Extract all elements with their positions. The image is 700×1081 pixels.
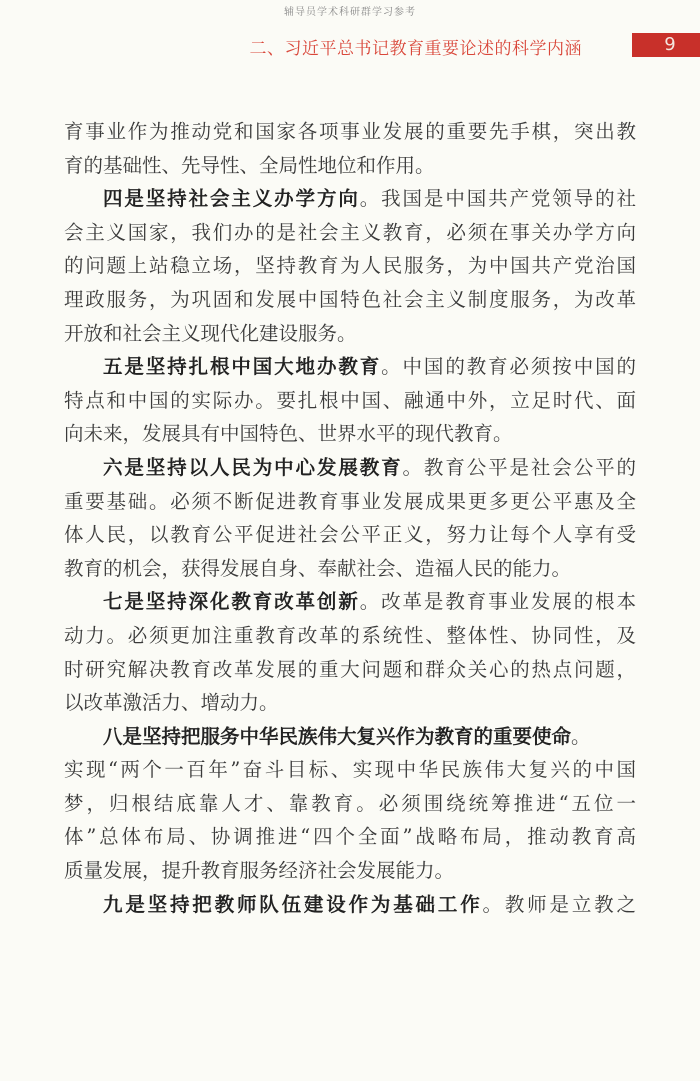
lead-heading: 七是坚持深化教育改革创新 — [103, 590, 360, 613]
text-line: 体人民，以教育公平促进社会公平正义，努力让每个人享有受 — [64, 518, 636, 552]
lead-line: 四是坚持社会主义办学方向。我国是中国共产党领导的社 — [64, 182, 636, 216]
lead-heading: 八是坚持把服务中华民族伟大复兴作为教育的重要使命 — [103, 725, 571, 748]
text-line: 教育的机会，获得发展自身、奉献社会、造福人民的能力。 — [64, 552, 636, 586]
text-line: 特点和中国的实际办。要扎根中国、融通中外，立足时代、面 — [64, 384, 636, 418]
text-line: 育的基础性、先导性、全局性地位和作用。 — [64, 149, 636, 183]
lead-tail: 。改革是教育事业发展的根本 — [360, 590, 636, 613]
paragraph: 育事业作为推动党和国家各项事业发展的重要先手棋，突出教 育的基础性、先导性、全局… — [64, 115, 636, 182]
text-line: 体”总体布局、协调推进“四个全面”战略布局，推动教育高 — [64, 820, 636, 854]
paragraph: 八是坚持把服务中华民族伟大复兴作为教育的重要使命。 实现“两个一百年”奋斗目标、… — [64, 720, 636, 888]
lead-line: 六是坚持以人民为中心发展教育。教育公平是社会公平的 — [64, 451, 636, 485]
lead-tail: 。教师是立教之 — [483, 893, 636, 916]
running-head: 二、习近平总书记教育重要论述的科学内涵 9 — [0, 33, 700, 57]
lead-tail: 。 — [571, 725, 591, 748]
text-line: 重要基础。必须不断促进教育事业发展成果更多更公平惠及全 — [64, 485, 636, 519]
lead-heading: 五是坚持扎根中国大地办教育 — [103, 355, 381, 378]
text-line: 以改革激活力、增动力。 — [64, 686, 636, 720]
paragraph: 四是坚持社会主义办学方向。我国是中国共产党领导的社 会主义国家，我们办的是社会主… — [64, 182, 636, 350]
text-line: 时研究解决教育改革发展的重大问题和群众关心的热点问题， — [64, 653, 636, 687]
paragraph: 九是坚持把教师队伍建设作为基础工作。教师是立教之 — [64, 888, 636, 922]
text-line: 会主义国家，我们办的是社会主义教育，必须在事关办学方向 — [64, 216, 636, 250]
lead-line: 九是坚持把教师队伍建设作为基础工作。教师是立教之 — [64, 888, 636, 922]
page-number: 9 — [632, 33, 700, 57]
paragraph: 六是坚持以人民为中心发展教育。教育公平是社会公平的 重要基础。必须不断促进教育事… — [64, 451, 636, 585]
text-line: 的问题上站稳立场，坚持教育为人民服务，为中国共产党治国 — [64, 249, 636, 283]
text-line: 育事业作为推动党和国家各项事业发展的重要先手棋，突出教 — [64, 115, 636, 149]
lead-tail: 。中国的教育必须按中国的 — [381, 355, 636, 378]
body-text: 育事业作为推动党和国家各项事业发展的重要先手棋，突出教 育的基础性、先导性、全局… — [64, 115, 636, 921]
lead-line: 五是坚持扎根中国大地办教育。中国的教育必须按中国的 — [64, 350, 636, 384]
text-line: 质量发展，提升教育服务经济社会发展能力。 — [64, 854, 636, 888]
lead-tail: 。教育公平是社会公平的 — [403, 456, 636, 479]
text-line: 梦，归根结底靠人才、靠教育。必须围绕统筹推进“五位一 — [64, 787, 636, 821]
lead-tail: 。我国是中国共产党领导的社 — [360, 187, 636, 210]
top-note: 辅导员学术科研群学习参考 — [0, 3, 700, 18]
lead-heading: 九是坚持把教师队伍建设作为基础工作 — [103, 893, 483, 916]
lead-heading: 四是坚持社会主义办学方向 — [103, 187, 360, 210]
chapter-title: 二、习近平总书记教育重要论述的科学内涵 — [250, 34, 583, 59]
lead-heading: 六是坚持以人民为中心发展教育 — [103, 456, 403, 479]
text-line: 开放和社会主义现代化建设服务。 — [64, 317, 636, 351]
paragraph: 五是坚持扎根中国大地办教育。中国的教育必须按中国的 特点和中国的实际办。要扎根中… — [64, 350, 636, 451]
text-line: 动力。必须更加注重教育改革的系统性、整体性、协同性，及 — [64, 619, 636, 653]
paragraph: 七是坚持深化教育改革创新。改革是教育事业发展的根本 动力。必须更加注重教育改革的… — [64, 585, 636, 719]
text-line: 理政服务，为巩固和发展中国特色社会主义制度服务，为改革 — [64, 283, 636, 317]
text-line: 实现“两个一百年”奋斗目标、实现中华民族伟大复兴的中国 — [64, 753, 636, 787]
text-line: 向未来，发展具有中国特色、世界水平的现代教育。 — [64, 417, 636, 451]
lead-line: 七是坚持深化教育改革创新。改革是教育事业发展的根本 — [64, 585, 636, 619]
lead-line: 八是坚持把服务中华民族伟大复兴作为教育的重要使命。 — [64, 720, 636, 754]
